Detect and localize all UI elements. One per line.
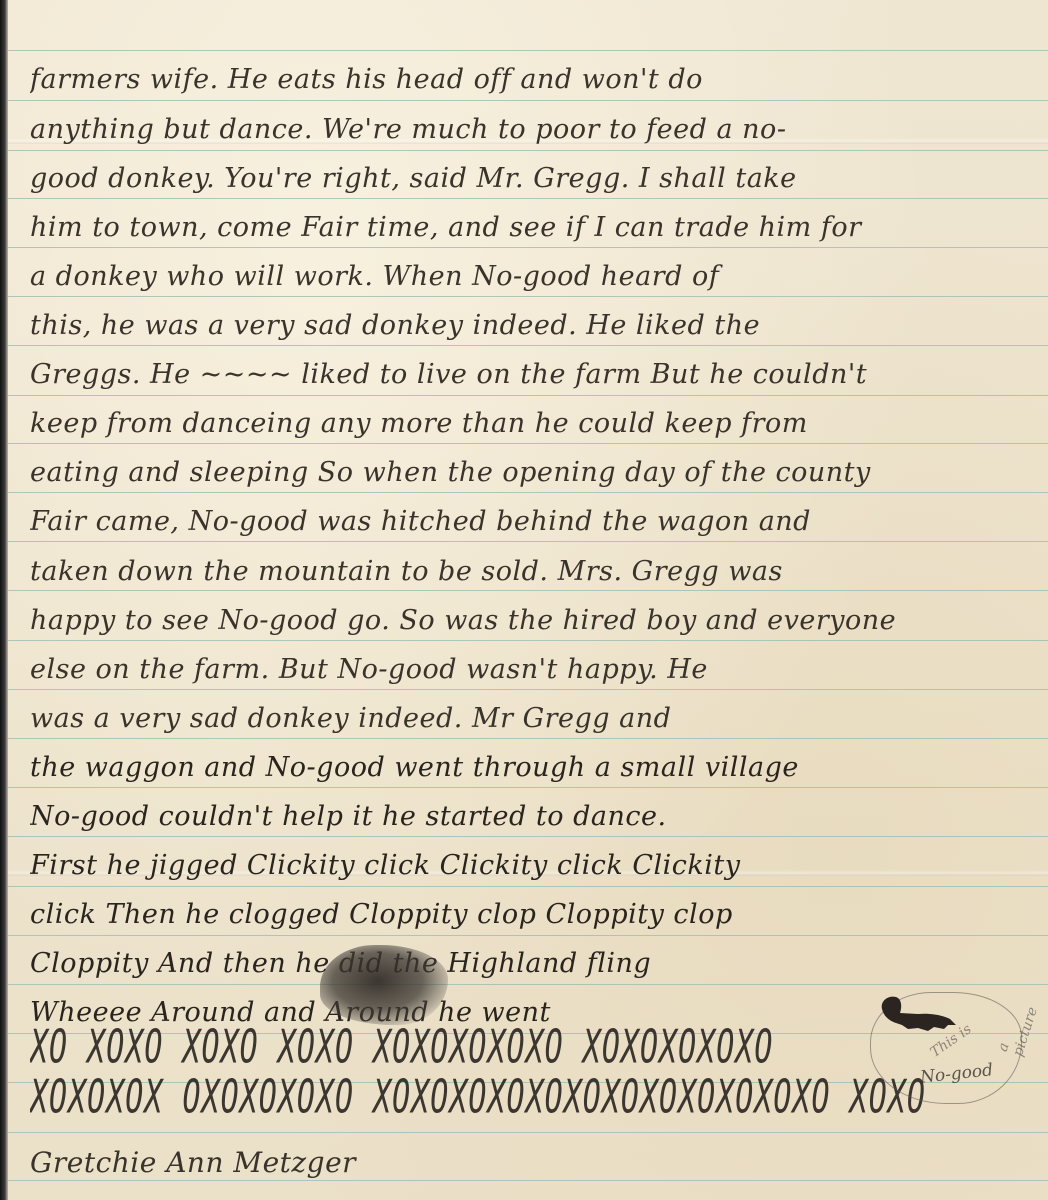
ruled-line: [8, 1180, 1048, 1181]
handwritten-line: else on the farm. But No-good wasn't hap…: [30, 654, 1040, 685]
ruled-line: [8, 345, 1048, 346]
ruled-line: [8, 590, 1048, 591]
handwritten-line: anything but dance. We're much to poor t…: [30, 114, 1040, 145]
handwritten-line: eating and sleeping So when the opening …: [30, 457, 1040, 488]
handwritten-line: happy to see No-good go. So was the hire…: [30, 605, 1040, 636]
handwritten-line: was a very sad donkey indeed. Mr Gregg a…: [30, 703, 1040, 734]
handwritten-line: Cloppity And then he did the Highland fl…: [30, 948, 1040, 979]
handwritten-line: click Then he clogged Cloppity clop Clop…: [30, 899, 1040, 930]
handwritten-line: keep from danceing any more than he coul…: [30, 408, 1040, 439]
ruled-line: [8, 689, 1048, 690]
ruled-line: [8, 50, 1048, 51]
ruled-line: [8, 443, 1048, 444]
handwritten-line: this, he was a very sad donkey indeed. H…: [30, 310, 1040, 341]
ruled-line: [8, 640, 1048, 641]
scan-edge: [0, 0, 8, 1200]
ink-blot: [320, 945, 448, 1025]
donkey-ink-drawing-icon: [878, 995, 958, 1035]
handwritten-line: the waggon and No-good went through a sm…: [30, 752, 1040, 783]
handwritten-line: farmers wife. He eats his head off and w…: [30, 64, 1040, 95]
ruled-line: [8, 296, 1048, 297]
ruled-line: [8, 100, 1048, 101]
ruled-line: [8, 984, 1048, 985]
signature: Gretchie Ann Metzger: [30, 1146, 1040, 1179]
handwritten-line: Greggs. He ~~~~ liked to live on the far…: [30, 359, 1040, 390]
handwritten-line: First he jigged Clickity click Clickity …: [30, 850, 1040, 881]
ruled-line: [8, 150, 1048, 151]
ruled-line: [8, 247, 1048, 248]
handwritten-line: Fair came, No-good was hitched behind th…: [30, 506, 1040, 537]
letter-page: farmers wife. He eats his head off and w…: [8, 0, 1048, 1200]
handwritten-line: good donkey. You're right, said Mr. Greg…: [30, 163, 1040, 194]
ruled-line: [8, 198, 1048, 199]
ruled-line: [8, 395, 1048, 396]
ruled-line: [8, 541, 1048, 542]
ruled-line: [8, 935, 1048, 936]
handwritten-line: a donkey who will work. When No-good hea…: [30, 261, 1040, 292]
ruled-line: [8, 1132, 1048, 1133]
ruled-line: [8, 886, 1048, 887]
handwritten-line: No-good couldn't help it he started to d…: [30, 801, 1040, 832]
ruled-line: [8, 738, 1048, 739]
hugs-kisses-row: XO XOXO XOXO XOXO XOXOXOXOXO XOXOXOXOXO: [30, 1021, 850, 1075]
ruled-line: [8, 836, 1048, 837]
ruled-line: [8, 492, 1048, 493]
handwritten-line: him to town, come Fair time, and see if …: [30, 212, 1040, 243]
handwritten-line: taken down the mountain to be sold. Mrs.…: [30, 556, 1040, 587]
ruled-line: [8, 787, 1048, 788]
